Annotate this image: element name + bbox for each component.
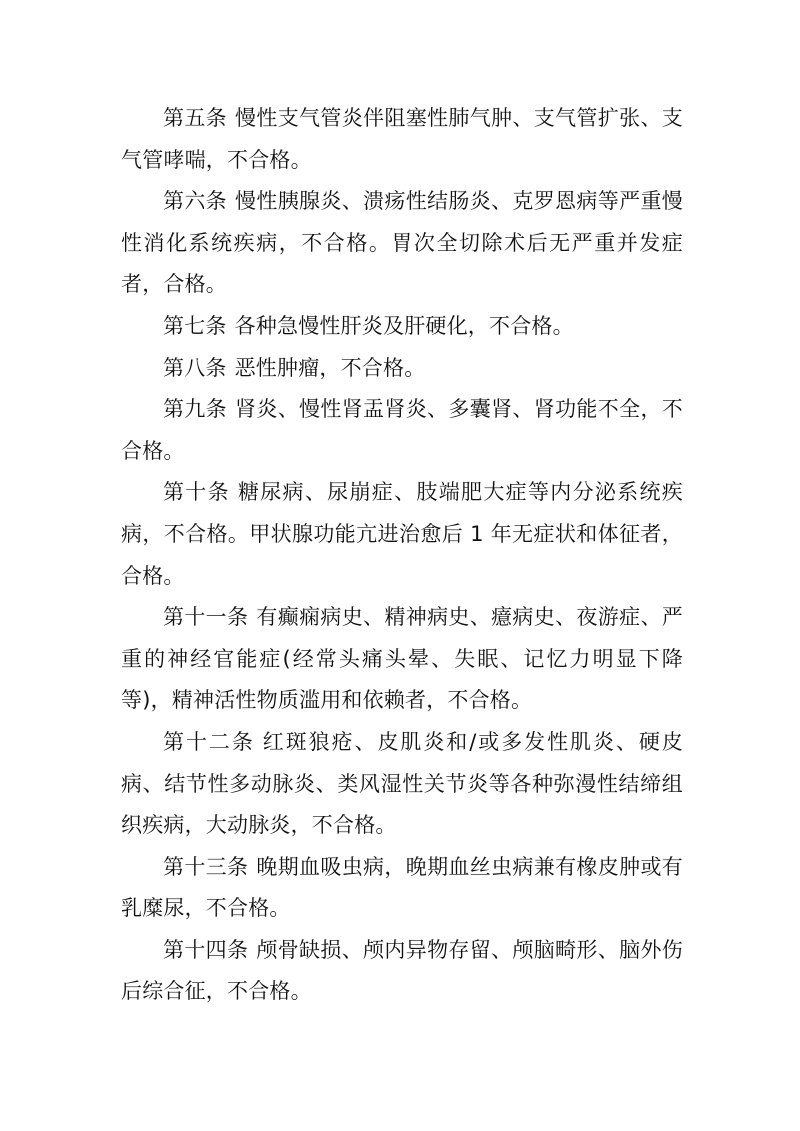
article-5: 第五条慢性支气管炎伴阻塞性肺气肿、支气管扩张、支气管哮喘，不合格。 [121,98,683,181]
article-number: 第五条 [163,106,227,130]
article-number: 第十三条 [163,855,248,879]
article-number: 第六条 [163,189,227,213]
article-6: 第六条慢性胰腺炎、溃疡性结肠炎、克罗恩病等严重慢性消化系统疾病，不合格。胃次全切… [121,181,683,306]
article-number: 第十一条 [163,605,248,629]
article-10: 第十条糖尿病、尿崩症、肢端肥大症等内分泌系统疾病，不合格。甲状腺功能亢进治愈后 … [121,472,683,597]
article-number: 第九条 [163,397,227,421]
article-number: 第十二条 [163,730,255,754]
article-11: 第十一条有癫痫病史、精神病史、癔病史、夜游症、严重的神经官能症(经常头痛头晕、失… [121,597,683,722]
article-7: 第七条各种急慢性肝炎及肝硬化，不合格。 [121,306,683,348]
article-14: 第十四条颅骨缺损、颅内异物存留、颅脑畸形、脑外伤后综合征，不合格。 [121,930,683,1013]
article-number: 第八条 [163,356,227,380]
article-12: 第十二条红斑狼疮、皮肌炎和/或多发性肌炎、硬皮病、结节性多动脉炎、类风湿性关节炎… [121,722,683,847]
article-9: 第九条肾炎、慢性肾盂肾炎、多囊肾、肾功能不全，不合格。 [121,389,683,472]
article-text: 恶性肿瘤，不合格。 [235,356,426,380]
article-number: 第七条 [163,314,227,338]
article-text: 各种急慢性肝炎及肝硬化，不合格。 [235,314,574,338]
document-page: 第五条慢性支气管炎伴阻塞性肺气肿、支气管扩张、支气管哮喘，不合格。 第六条慢性胰… [121,98,683,1013]
article-number: 第十四条 [163,938,248,962]
article-number: 第十条 [163,480,230,504]
article-13: 第十三条晚期血吸虫病，晚期血丝虫病兼有橡皮肿或有乳糜尿，不合格。 [121,847,683,930]
article-8: 第八条恶性肿瘤，不合格。 [121,348,683,390]
